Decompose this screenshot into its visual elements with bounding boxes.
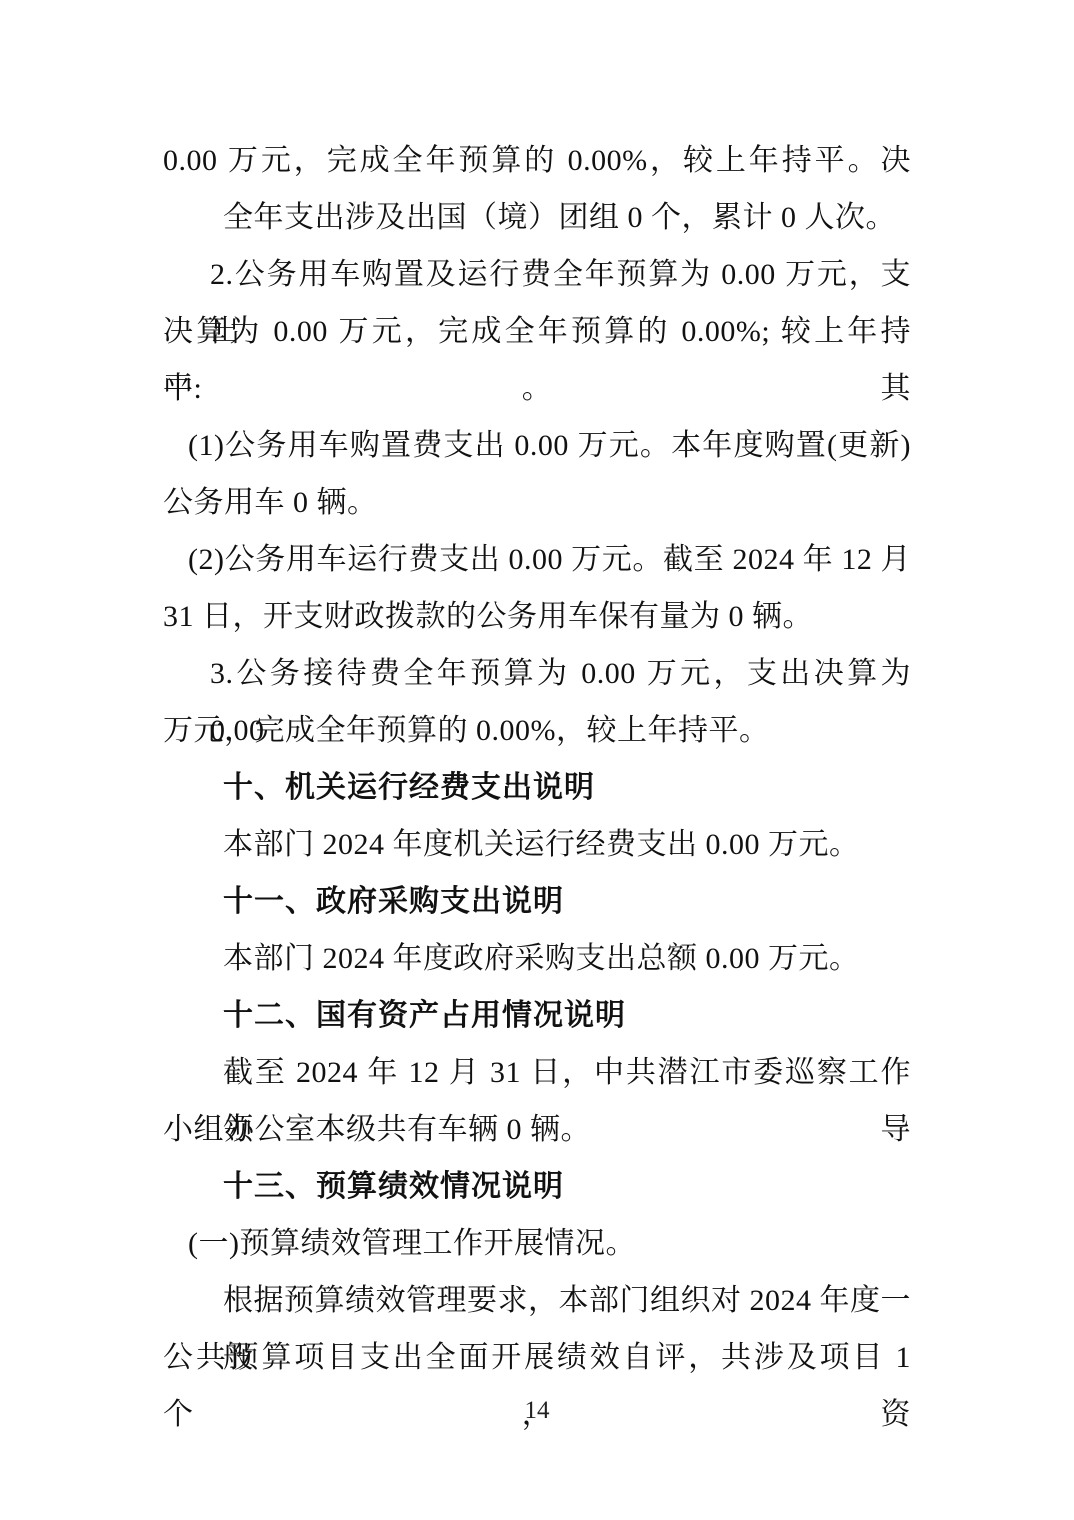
body-line: 截至 2024 年 12 月 31 日，中共潜江市委巡察工作领导 xyxy=(163,1044,911,1101)
heading-section-12: 十二、国有资产占用情况说明 xyxy=(163,987,911,1044)
body-line: (1)公务用车购置费支出 0.00 万元。本年度购置(更新) xyxy=(163,417,911,474)
body-line: (2)公务用车运行费支出 0.00 万元。截至 2024 年 12 月 xyxy=(163,531,911,588)
body-line: 全年支出涉及出国（境）团组 0 个，累计 0 人次。 xyxy=(163,189,911,246)
body-line: 决算为 0.00 万元，完成全年预算的 0.00%; 较上年持平。其 xyxy=(163,303,911,360)
document-text-block: 0.00 万元，完成全年预算的 0.00%，较上年持平。决 全年支出涉及出国（境… xyxy=(163,132,911,1386)
body-line: 根据预算绩效管理要求，本部门组织对 2024 年度一般 xyxy=(163,1272,911,1329)
page-number: 14 xyxy=(0,1396,1074,1426)
body-line: 3.公务接待费全年预算为 0.00 万元，支出决算为 0.00 xyxy=(163,645,911,702)
document-page: 0.00 万元，完成全年预算的 0.00%，较上年持平。决 全年支出涉及出国（境… xyxy=(0,0,1074,1520)
body-line: 公务用车 0 辆。 xyxy=(163,474,911,531)
body-line: 31 日，开支财政拨款的公务用车保有量为 0 辆。 xyxy=(163,588,911,645)
body-line: 本部门 2024 年度政府采购支出总额 0.00 万元。 xyxy=(163,930,911,987)
body-line: 本部门 2024 年度机关运行经费支出 0.00 万元。 xyxy=(163,816,911,873)
heading-section-13: 十三、预算绩效情况说明 xyxy=(163,1158,911,1215)
body-line: 2.公务用车购置及运行费全年预算为 0.00 万元，支出 xyxy=(163,246,911,303)
body-line: 0.00 万元，完成全年预算的 0.00%，较上年持平。决 xyxy=(163,132,911,189)
heading-section-10: 十、机关运行经费支出说明 xyxy=(163,759,911,816)
body-line: 万元，完成全年预算的 0.00%，较上年持平。 xyxy=(163,702,911,759)
body-line: (一)预算绩效管理工作开展情况。 xyxy=(163,1215,911,1272)
body-line: 公共预算项目支出全面开展绩效自评，共涉及项目 1 个，资 xyxy=(163,1329,911,1386)
heading-section-11: 十一、政府采购支出说明 xyxy=(163,873,911,930)
